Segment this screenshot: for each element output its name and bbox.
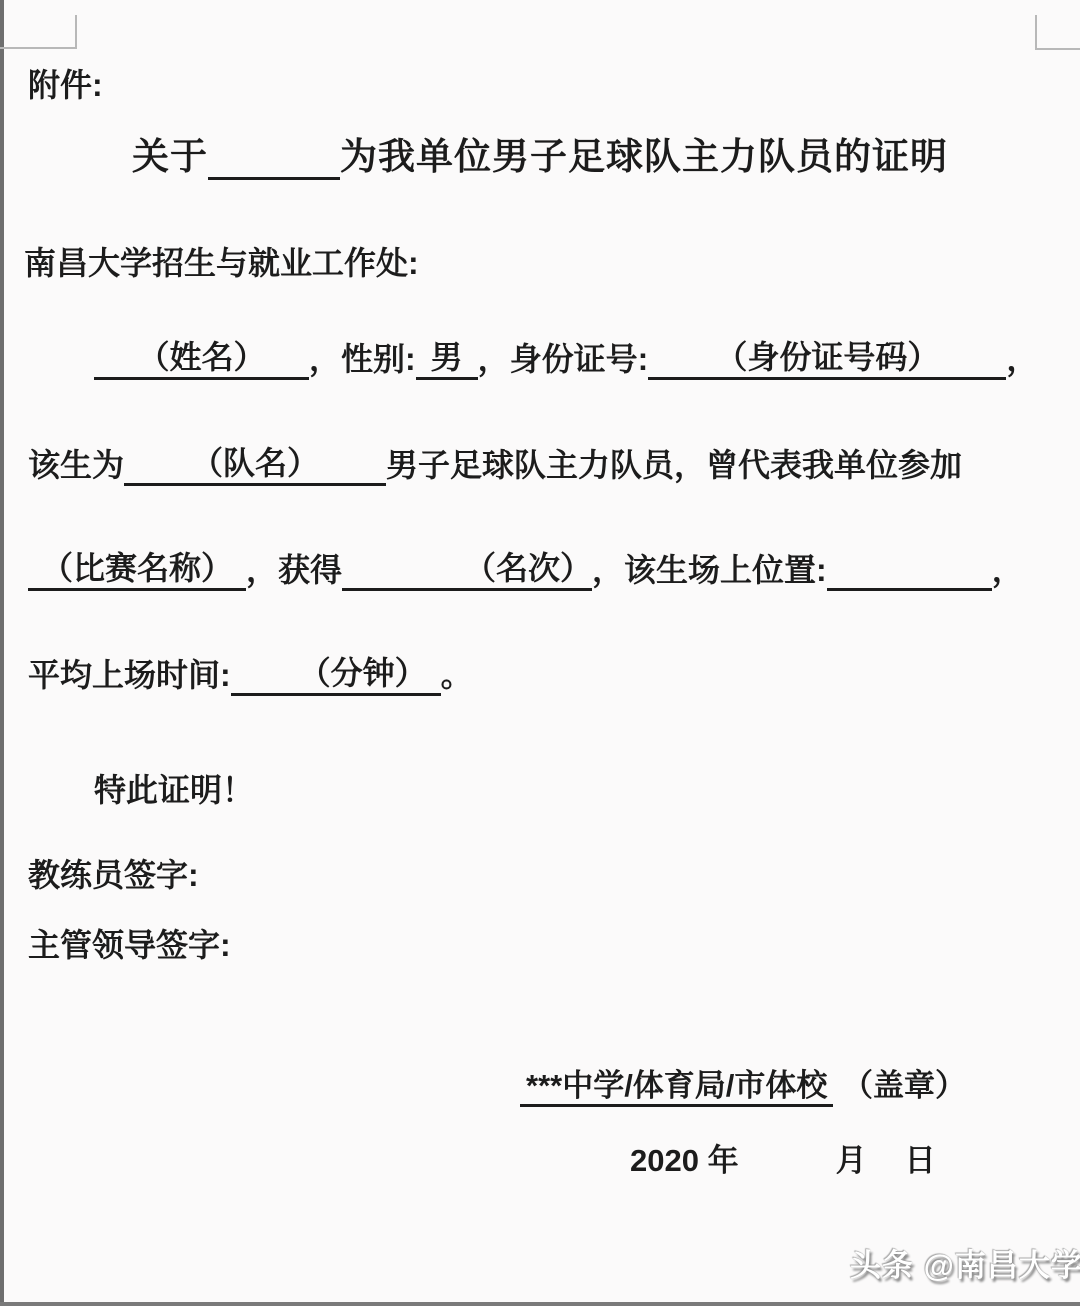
line3-obtained: ，获得 — [246, 552, 342, 588]
line4-period: 。 — [441, 657, 473, 693]
toutiao-watermark: 头条 @南昌大学 — [850, 1240, 1080, 1285]
team-blank-label: （队名） — [191, 445, 319, 481]
line2-tail: 男子足球队主力队员，曾代表我单位参加 — [386, 447, 962, 483]
date-month: 月 — [836, 1143, 867, 1178]
salutation: 南昌大学招生与就业工作处: — [24, 238, 419, 284]
competition-blank-label: （比赛名称） — [41, 550, 233, 586]
scan-bottom-edge — [0, 1302, 1080, 1306]
rank-blank-label: （名次） — [464, 550, 592, 586]
attachment-label: 附件: — [28, 60, 103, 106]
issuer-org: ***中学/体育局/市体校 — [520, 1068, 833, 1107]
id-label: ，身份证号: — [478, 341, 649, 377]
gender-blank: 男 — [416, 337, 478, 380]
name-blank: （姓名） — [94, 337, 309, 380]
id-blank-label: （身份证号码） — [715, 339, 939, 375]
team-blank: （队名） — [124, 443, 386, 486]
id-blank: （身份证号码） — [648, 337, 1006, 380]
document-title: 关于为我单位男子足球队主力队员的证明 — [0, 126, 1080, 180]
gender-label: ，性别: — [309, 341, 416, 377]
body-line-4: 平均上场时间:（分钟）。 — [28, 650, 473, 696]
title-suffix: 为我单位男子足球队主力队员的证明 — [340, 136, 948, 177]
minutes-blank-label: （分钟） — [299, 655, 427, 691]
line3-position-label: ，该生场上位置: — [592, 552, 827, 588]
competition-blank: （比赛名称） — [28, 548, 246, 591]
leader-signature-label: 主管领导签字: — [28, 920, 231, 966]
issuer-seal-label: （盖章） — [842, 1068, 966, 1103]
name-blank-label: （姓名） — [137, 339, 265, 375]
rank-blank: （名次） — [342, 548, 592, 591]
body-line-2: 该生为（队名）男子足球队主力队员，曾代表我单位参加 — [28, 440, 962, 486]
title-prefix: 关于 — [132, 136, 208, 177]
date-day: 日 — [905, 1143, 936, 1178]
gender-value: 男 — [431, 339, 463, 375]
body-line-3: （比赛名称），获得（名次），该生场上位置:， — [28, 545, 1024, 591]
body-line-1: （姓名），性别:男，身份证号:（身份证号码）， — [28, 334, 1038, 380]
issuer-line: ***中学/体育局/市体校 （盖章） — [520, 1060, 966, 1105]
scan-left-edge — [0, 0, 4, 1306]
date-year: 2020 年 — [630, 1143, 739, 1178]
date-line: 2020 年月日 — [630, 1135, 936, 1180]
line4-lead: 平均上场时间: — [28, 657, 231, 693]
line1-comma: ， — [1006, 341, 1038, 377]
line2-lead: 该生为 — [28, 447, 124, 483]
line3-comma: ， — [992, 552, 1024, 588]
closing-statement: 特此证明！ — [94, 765, 254, 811]
crop-mark-top-right — [1035, 15, 1080, 50]
document-page: 附件: 关于为我单位男子足球队主力队员的证明 南昌大学招生与就业工作处: （姓名… — [0, 0, 1080, 1306]
title-name-blank — [208, 138, 340, 180]
coach-signature-label: 教练员签字: — [28, 850, 199, 896]
crop-mark-top-left — [0, 15, 77, 49]
minutes-blank: （分钟） — [231, 653, 441, 696]
position-blank — [827, 551, 992, 591]
